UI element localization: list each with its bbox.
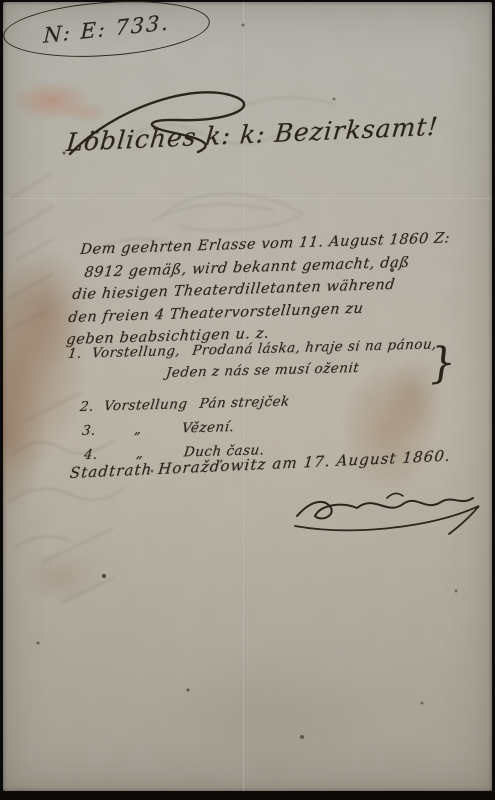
list-title: Jeden z nás se musí oženit (165, 360, 360, 381)
list-title: Pán strejček (199, 393, 291, 411)
dust-specks (3, 2, 5, 4)
list-number: 4. (83, 446, 109, 463)
list-label: Vorstellung (103, 396, 188, 414)
list-item: 2.VorstellungPán strejček (79, 393, 291, 415)
list-number: 2. (79, 398, 105, 415)
list-item: Jeden z nás se musí oženit (165, 360, 360, 381)
list-label: Vorstellung, (91, 343, 181, 361)
reference-oval: N: E: 733. (1, 0, 211, 63)
reference-number: N: E: 733. (43, 10, 170, 48)
list-item: 3.„Vězení. (81, 419, 235, 439)
ditto-mark: „ (105, 421, 171, 439)
photo-of-document: { "doc": { "reference": "N: E: 733.", "s… (0, 0, 495, 800)
document-paper: N: E: 733. Löbliches k: k: Bezirksamt! D… (3, 2, 492, 791)
list-brace: } (427, 337, 457, 388)
body-paragraph: Dem geehrten Erlasse vom 11. August 1860… (65, 239, 465, 352)
signature-scribble (291, 476, 486, 538)
list-number: 1. (67, 345, 93, 362)
list-number: 3. (81, 422, 107, 439)
horizontal-fold-crease (3, 197, 492, 200)
list-title: Vězení. (181, 419, 235, 436)
